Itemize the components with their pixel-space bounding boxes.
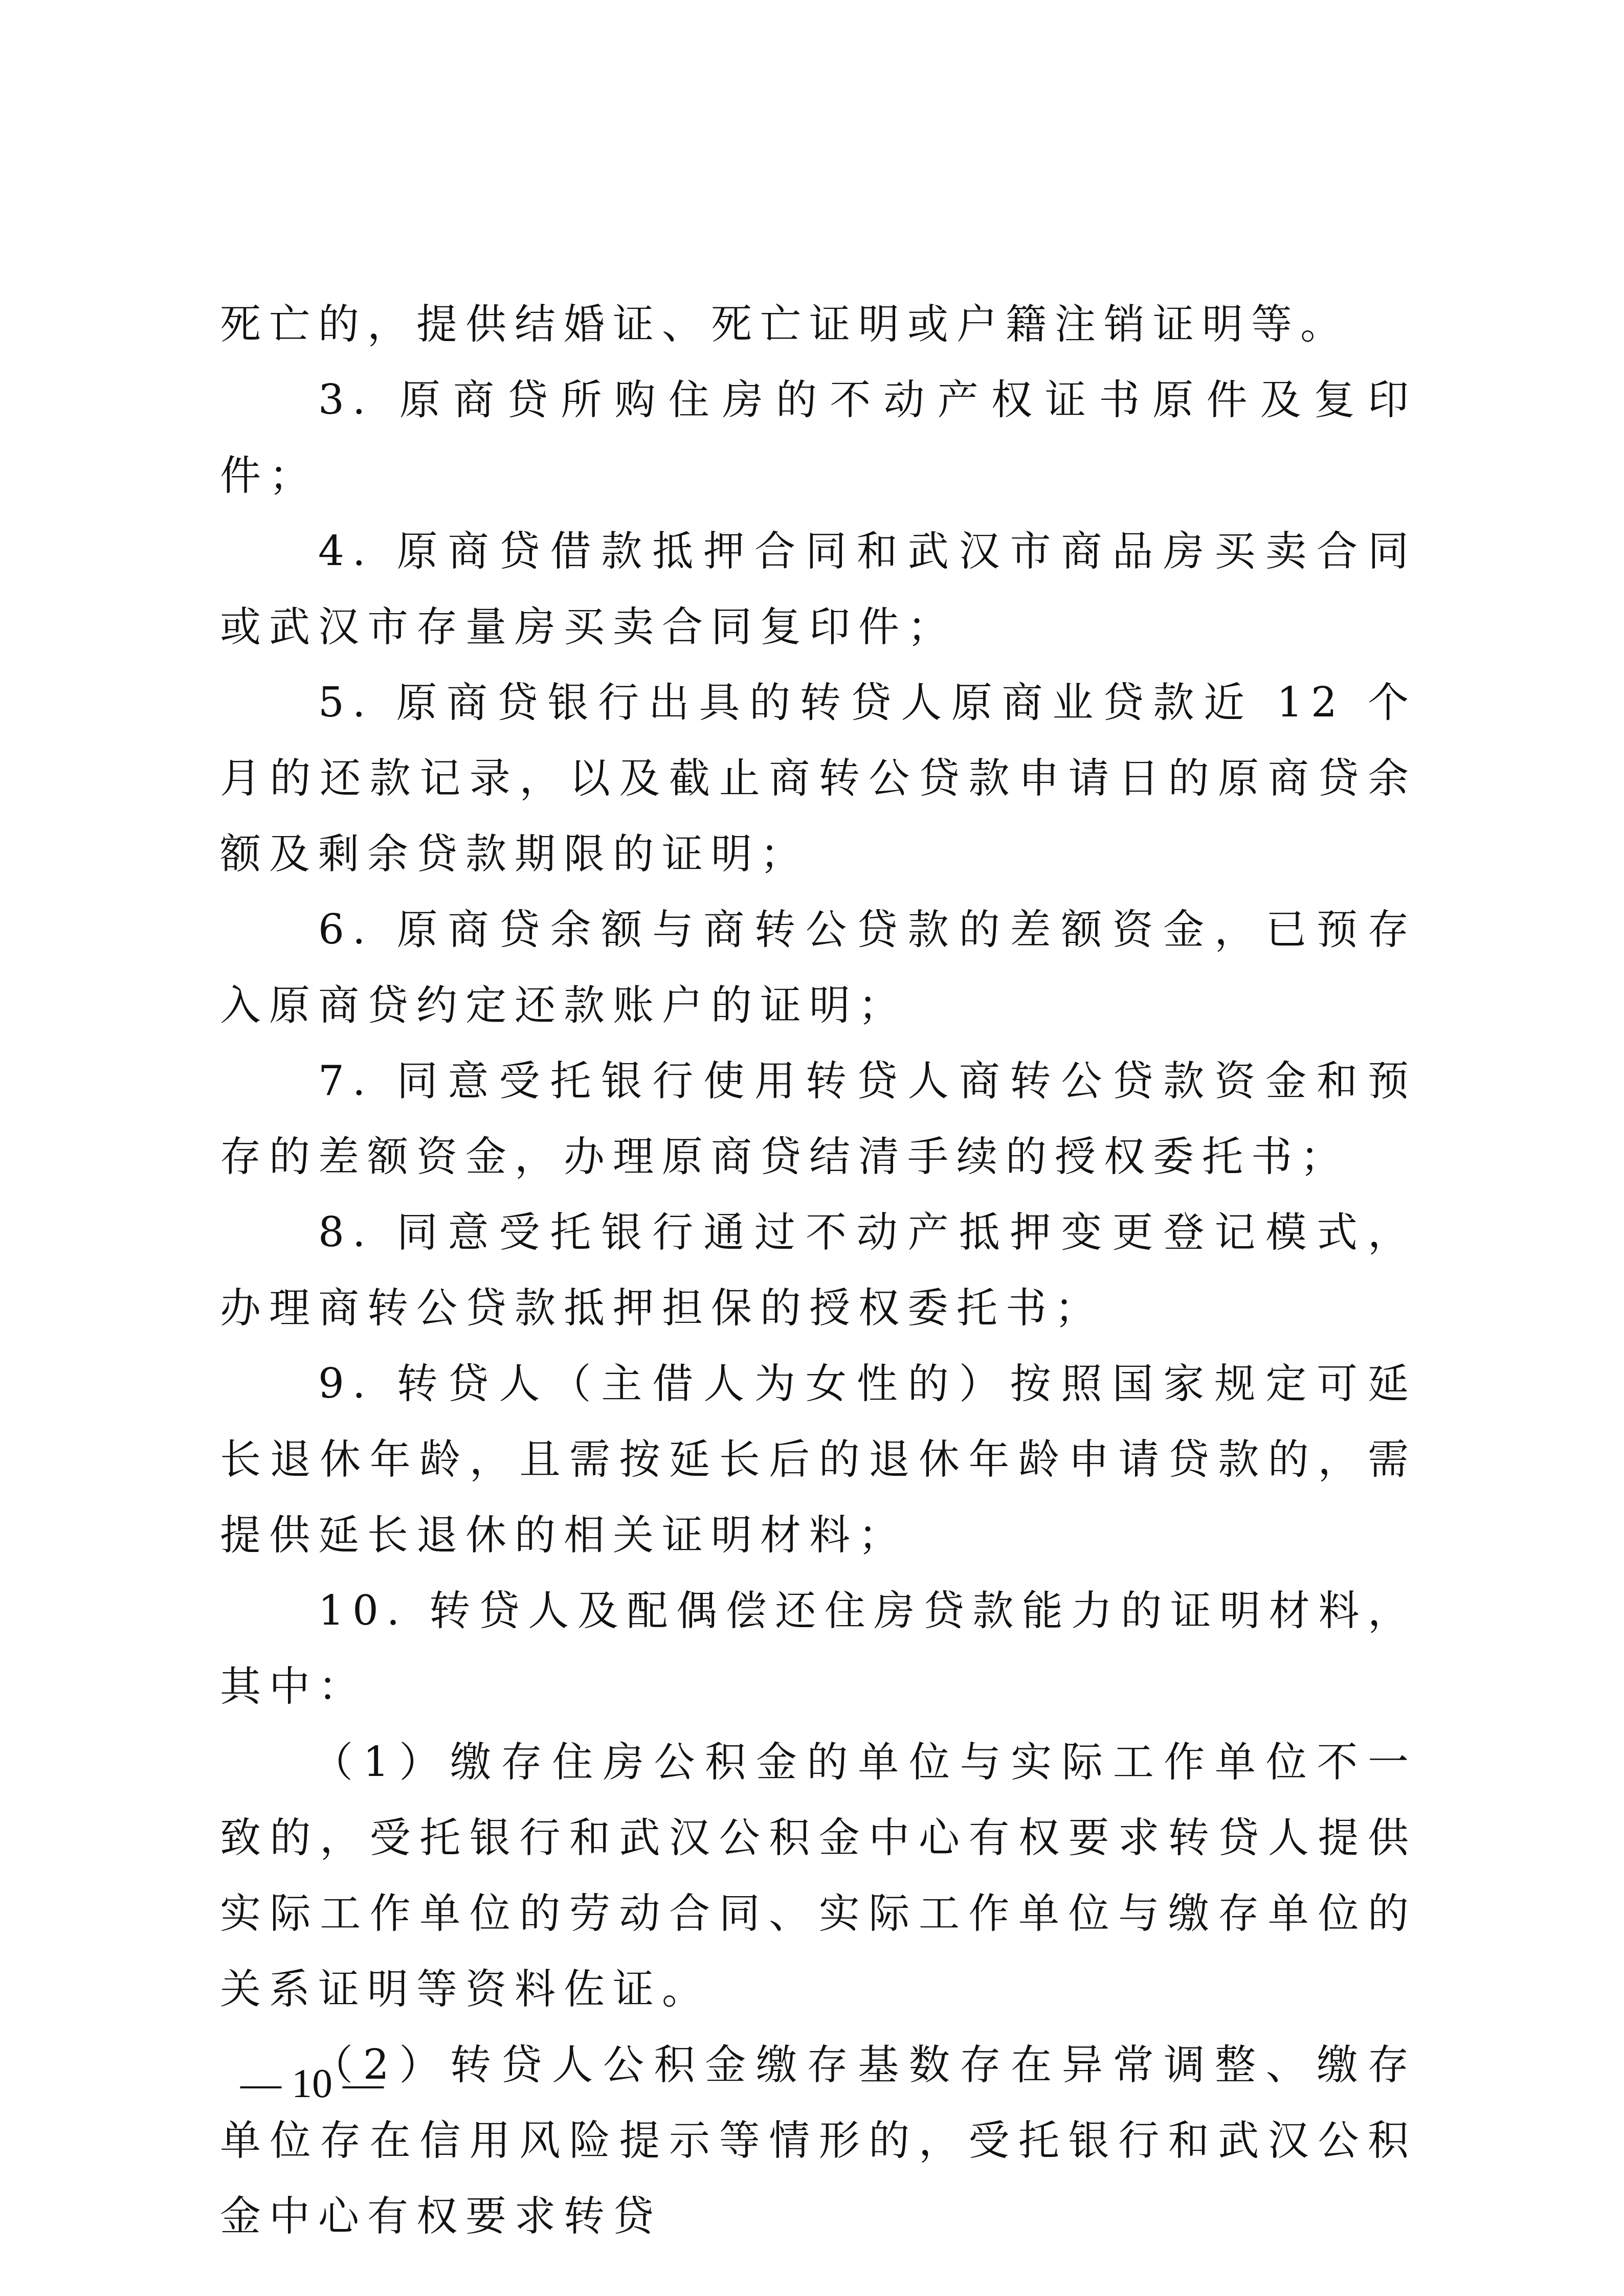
paragraph-continuation: 死亡的，提供结婚证、死亡证明或户籍注销证明等。 <box>220 286 1417 362</box>
page-number: — 10 — <box>240 2061 384 2107</box>
list-item-3: 3. 原商贷所购住房的不动产权证书原件及复印件； <box>220 362 1417 513</box>
list-item-8: 8. 同意受托银行通过不动产抵押变更登记模式，办理商转公贷款抵押担保的授权委托书… <box>220 1195 1417 1346</box>
list-item-9: 9. 转贷人（主借人为女性的）按照国家规定可延长退休年龄，且需按延长后的退休年龄… <box>220 1346 1417 1573</box>
sub-item-10-2: （2）转贷人公积金缴存基数存在异常调整、缴存单位存在信用风险提示等情形的，受托银… <box>220 2027 1417 2254</box>
list-item-5: 5. 原商贷银行出具的转贷人原商业贷款近 12 个月的还款记录，以及截止商转公贷… <box>220 665 1417 892</box>
list-item-4: 4. 原商贷借款抵押合同和武汉市商品房买卖合同或武汉市存量房买卖合同复印件； <box>220 513 1417 665</box>
list-item-6: 6. 原商贷余额与商转公贷款的差额资金，已预存入原商贷约定还款账户的证明； <box>220 892 1417 1043</box>
document-body: 死亡的，提供结婚证、死亡证明或户籍注销证明等。 3. 原商贷所购住房的不动产权证… <box>220 286 1417 2254</box>
sub-item-10-1: （1）缴存住房公积金的单位与实际工作单位不一致的，受托银行和武汉公积金中心有权要… <box>220 1724 1417 2027</box>
list-item-7: 7. 同意受托银行使用转贷人商转公贷款资金和预存的差额资金，办理原商贷结清手续的… <box>220 1043 1417 1195</box>
list-item-10: 10. 转贷人及配偶偿还住房贷款能力的证明材料，其中： <box>220 1573 1417 1724</box>
